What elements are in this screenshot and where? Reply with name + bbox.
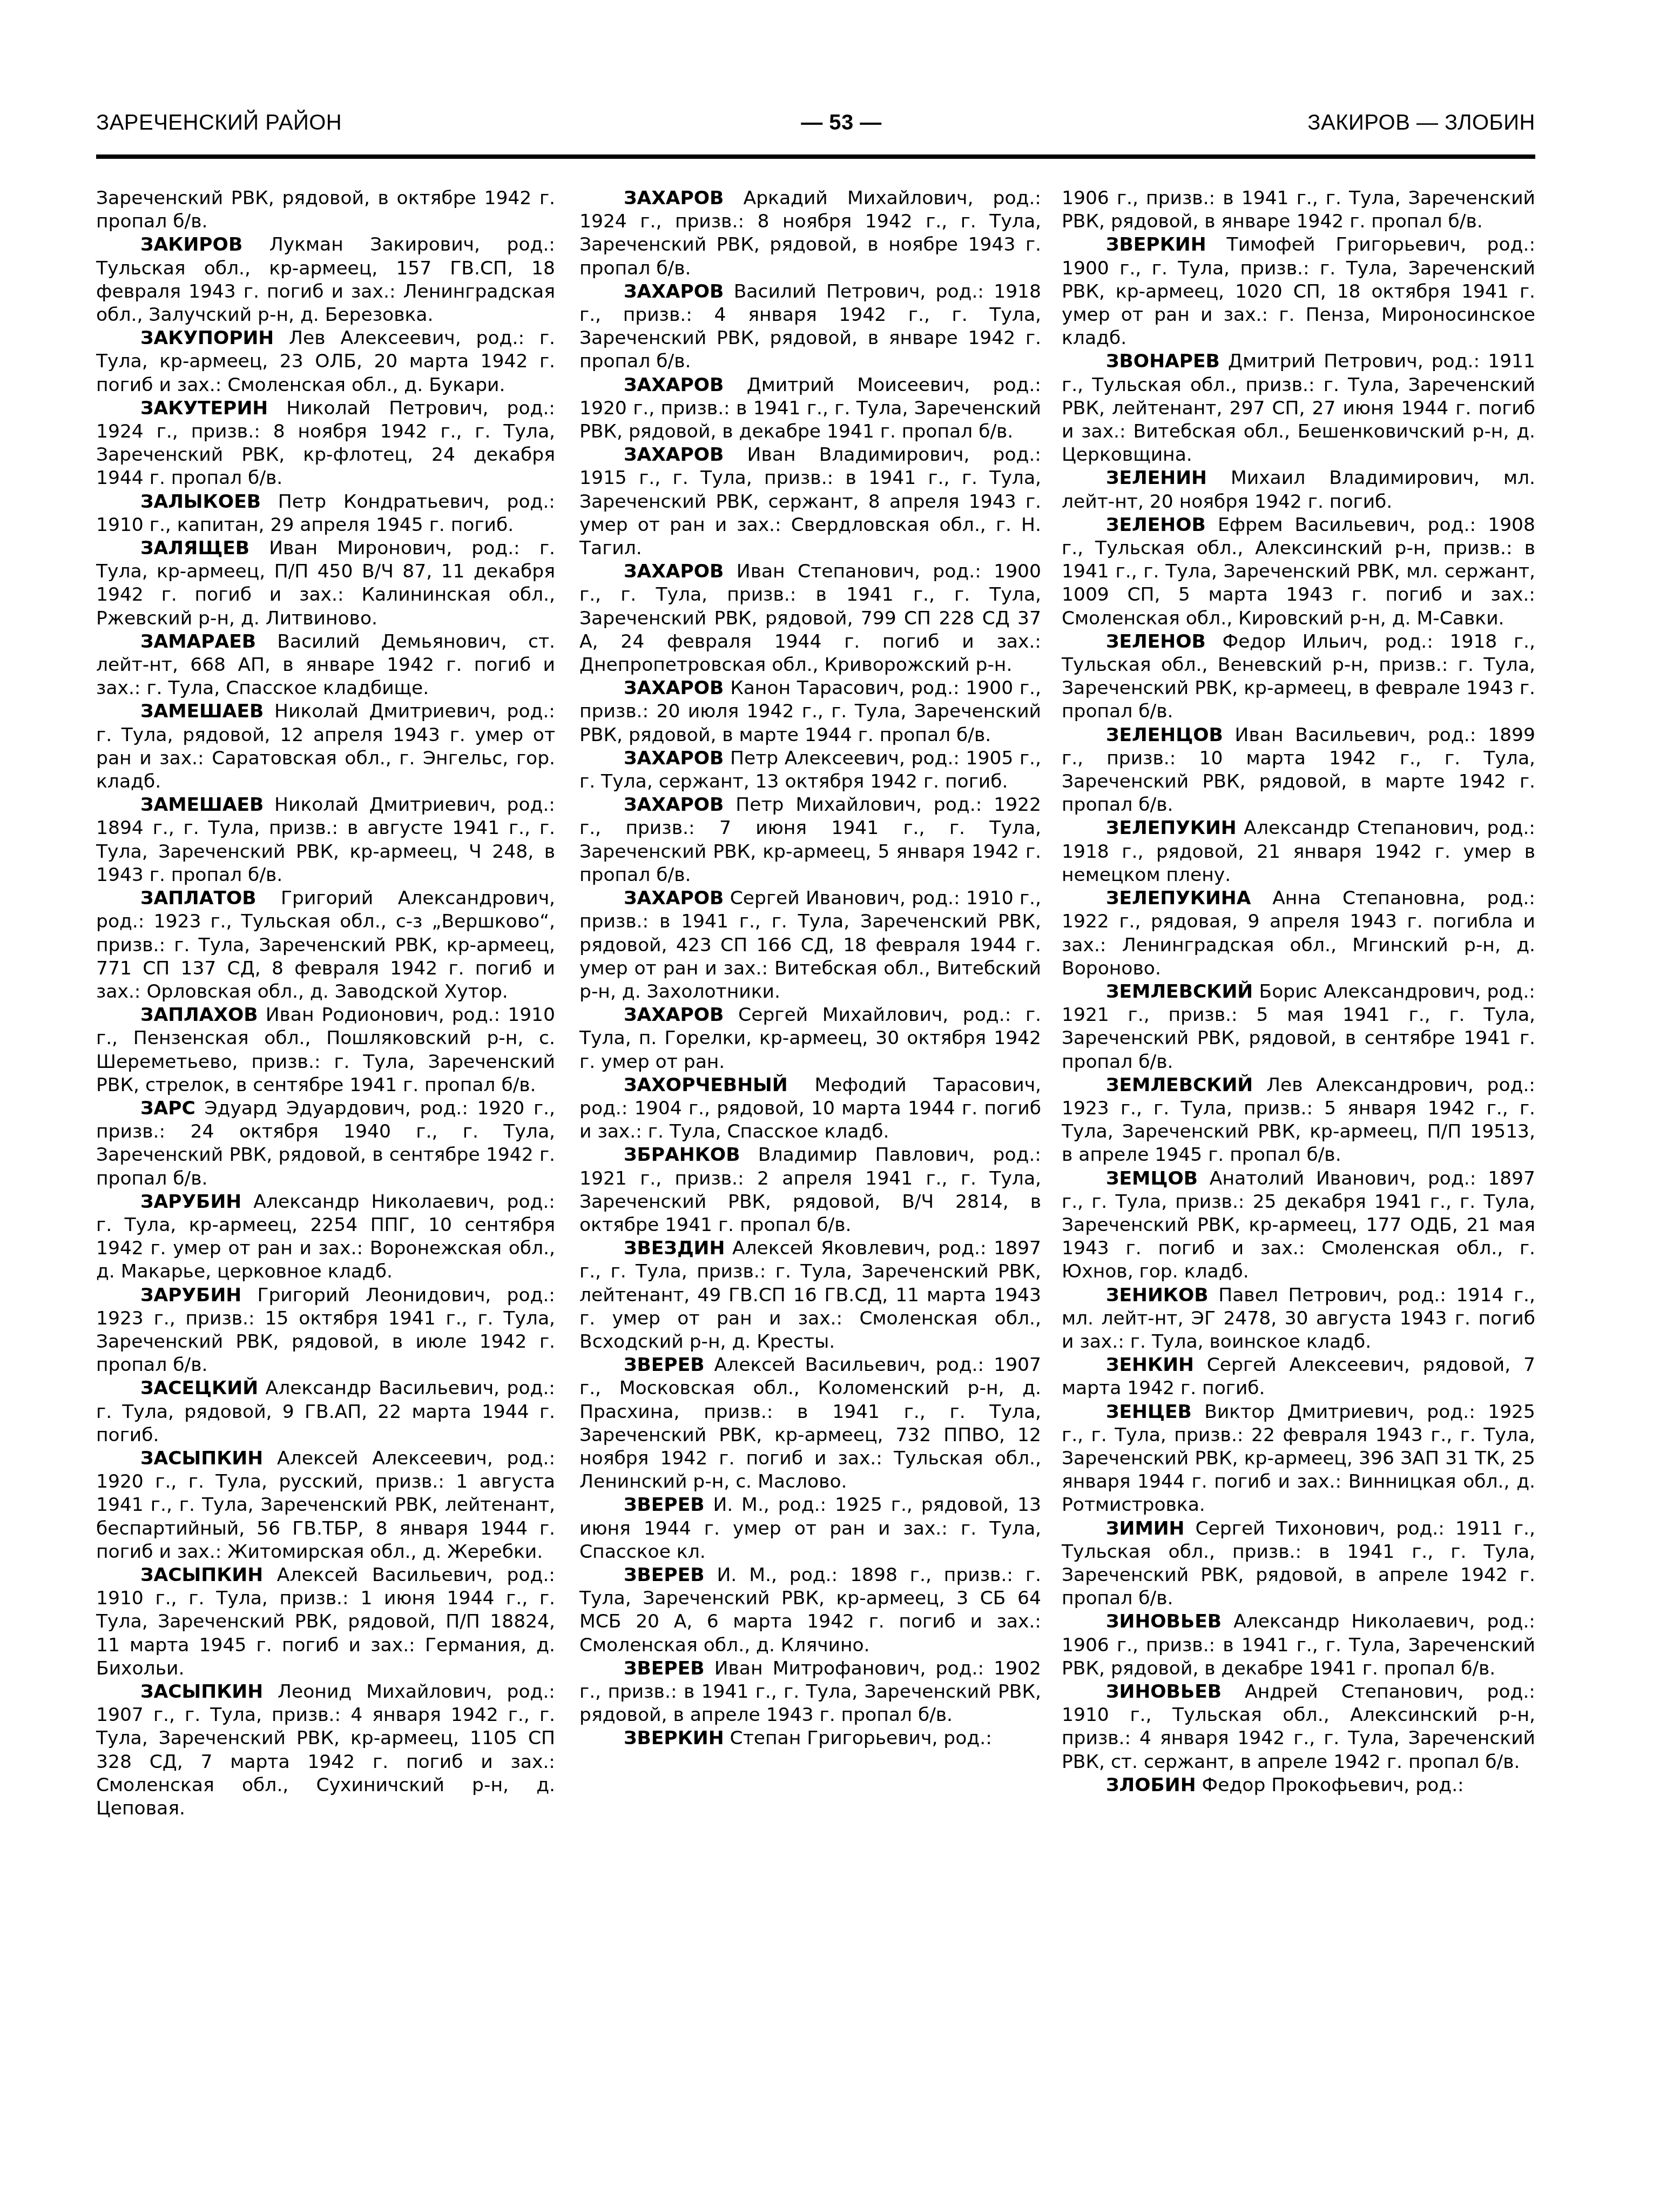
entry: ЗАХАРОВ Сергей Иванович, род.: 1910 г., … [579, 887, 1041, 1004]
entry: ЗВЕРЕВ Алексей Васильевич, род.: 1907 г.… [579, 1354, 1041, 1494]
entry: ЗАХАРОВ Василий Петрович, род.: 1918 г.,… [579, 280, 1041, 374]
entry: ЗАКУПОРИН Лев Алексеевич, род.: г. Тула,… [96, 327, 555, 397]
entry-surname: ЗВЕРЕВ [624, 1494, 705, 1516]
entry: ЗАПЛАХОВ Иван Родионович, род.: 1910 г.,… [96, 1004, 555, 1097]
entry-surname: ЗАПЛАХОВ [140, 1004, 258, 1026]
entry-surname: ЗВЕРЕВ [624, 1354, 705, 1376]
entry-surname: ЗАХАРОВ [624, 1004, 724, 1026]
entry-surname: ЗВЕРЕВ [624, 1564, 705, 1586]
entry-surname: ЗАРС [140, 1098, 195, 1119]
entry: ЗЛОБИН Федор Прокофьевич, род.: [1062, 1774, 1535, 1797]
entry-surname: ЗВЕРЕВ [624, 1658, 705, 1679]
entry-surname: ЗВОНАРЕВ [1106, 351, 1220, 372]
entry-surname: ЗЕЛЕНОВ [1106, 631, 1206, 653]
entry-text: 1906 г., призв.: в 1941 г., г. Тула, Зар… [1062, 187, 1535, 232]
section-title: ЗАРЕЧЕНСКИЙ РАЙОН [96, 111, 342, 135]
entry-surname: ЗЕНИКОВ [1106, 1285, 1209, 1306]
entry-surname: ЗЕЛЕПУКИН [1106, 817, 1237, 839]
entry-surname: ЗАХАРОВ [624, 187, 724, 209]
entry-surname: ЗАСЫПКИН [140, 1564, 263, 1586]
entry: ЗИНОВЬЕВ Андрей Степанович, род.: 1910 г… [1062, 1680, 1535, 1774]
entry: ЗИНОВЬЕВ Александр Николаевич, род.: 190… [1062, 1610, 1535, 1680]
entry: ЗАКУТЕРИН Николай Петрович, род.: 1924 г… [96, 397, 555, 490]
entry-surname: ЗАЛЯЩЕВ [140, 537, 249, 559]
entry-surname: ЗАМЕШАЕВ [140, 794, 264, 816]
entry: ЗАМАРАЕВ Василий Демьянович, ст. лейт-нт… [96, 630, 555, 701]
entry-surname: ЗАКУТЕРИН [140, 398, 268, 419]
entry-continuation: 1906 г., призв.: в 1941 г., г. Тула, Зар… [1062, 187, 1535, 233]
entry-continuation: Зареченский РВК, рядовой, в октябре 1942… [96, 187, 555, 233]
entry-surname: ЗАХАРОВ [624, 281, 724, 302]
entry-surname: ЗАРУБИН [140, 1191, 241, 1213]
entry: ЗАХАРОВ Дмитрий Моисеевич, род.: 1920 г.… [579, 374, 1041, 444]
entry: ЗАСЫПКИН Алексей Васильевич, род.: 1910 … [96, 1564, 555, 1680]
entry-surname: ЗАКИРОВ [140, 234, 242, 255]
entry: ЗЕМЛЕВСКИЙ Борис Александрович, род.: 19… [1062, 980, 1535, 1074]
entry-surname: ЗЕМЛЕВСКИЙ [1106, 1074, 1253, 1096]
column-2: ЗАХАРОВ Аркадий Михайлович, род.: 1924 г… [579, 187, 1041, 1751]
entry-surname: ЗАХАРОВ [624, 748, 724, 769]
entry: ЗЕНИКОВ Павел Петрович, род.: 1914 г., м… [1062, 1284, 1535, 1354]
entry: ЗЕЛЕНОВ Ефрем Васильевич, род.: 1908 г.,… [1062, 514, 1535, 630]
entry-surname: ЗЕНКИН [1106, 1354, 1194, 1376]
page-number: — 53 — [771, 111, 912, 135]
entry: ЗБРАНКОВ Владимир Павлович, род.: 1921 г… [579, 1144, 1041, 1237]
entry: ЗАХОРЧЕВНЫЙ Мефодий Тарасович, род.: 190… [579, 1074, 1041, 1144]
entry-surname: ЗЕЛЕНОВ [1106, 514, 1206, 536]
entry-surname: ЗВЕРКИН [624, 1727, 724, 1749]
entry: ЗАПЛАТОВ Григорий Александрович, род.: 1… [96, 887, 555, 1004]
entry: ЗВЕРЕВ И. М., род.: 1925 г., рядовой, 13… [579, 1494, 1041, 1564]
entry-surname: ЗАМЕШАЕВ [140, 701, 264, 722]
entry: ЗЕЛЕНОВ Федор Ильич, род.: 1918 г., Туль… [1062, 630, 1535, 724]
entry: ЗВЕРКИН Степан Григорьевич, род.: [579, 1727, 1041, 1750]
entry-text: Федор Прокофьевич, род.: [1196, 1774, 1464, 1796]
entry: ЗАХАРОВ Сергей Михайлович, род.: г. Тула… [579, 1004, 1041, 1074]
entry: ЗАЛЫКОЕВ Петр Кондратьевич, род.: 1910 г… [96, 490, 555, 537]
entry: ЗВЕРЕВ И. М., род.: 1898 г., призв.: г. … [579, 1564, 1041, 1657]
entry: ЗЕМЛЕВСКИЙ Лев Александрович, род.: 1923… [1062, 1074, 1535, 1167]
entry-range: ЗАКИРОВ — ЗЛОБИН [1307, 111, 1535, 135]
header-rule [96, 154, 1535, 159]
entry: ЗАМЕШАЕВ Николай Дмитриевич, род.: 1894 … [96, 793, 555, 887]
entry-surname: ЗАХАРОВ [624, 887, 724, 909]
entry-surname: ЗВЕЗДИН [624, 1238, 725, 1259]
entry-surname: ЗАСЫПКИН [140, 1681, 263, 1703]
entry-surname: ЗЛОБИН [1106, 1774, 1196, 1796]
entry-surname: ЗЕМЛЕВСКИЙ [1106, 981, 1253, 1003]
entry: ЗЕЛЕПУКИН Александр Степанович, род.: 19… [1062, 817, 1535, 887]
column-3: 1906 г., призв.: в 1941 г., г. Тула, Зар… [1062, 187, 1535, 1797]
entry-surname: ЗЕНЦЕВ [1106, 1401, 1192, 1423]
entry: ЗИМИН Сергей Тихонович, род.: 1911 г., Т… [1062, 1517, 1535, 1611]
entry-surname: ЗАМАРАЕВ [140, 631, 256, 653]
entry-surname: ЗАХАРОВ [624, 561, 724, 582]
book-page: ЗАРЕЧЕНСКИЙ РАЙОН — 53 — ЗАКИРОВ — ЗЛОБИ… [0, 0, 1680, 2199]
entry: ЗВЕРКИН Тимофей Григорьевич, род.: 1900 … [1062, 233, 1535, 350]
entry: ЗАХАРОВ Иван Владимирович, род.: 1915 г.… [579, 443, 1041, 560]
entry: ЗАЛЯЩЕВ Иван Миронович, род.: г. Тула, к… [96, 537, 555, 630]
entry: ЗЕЛЕПУКИНА Анна Степановна, род.: 1922 г… [1062, 887, 1535, 980]
entry-surname: ЗЕЛЕПУКИНА [1106, 887, 1251, 909]
entry: ЗАРУБИН Александр Николаевич, род.: г. Т… [96, 1191, 555, 1284]
entry: ЗАСЫПКИН Леонид Михайлович, род.: 1907 г… [96, 1680, 555, 1820]
entry-surname: ЗАРУБИН [140, 1285, 241, 1306]
column-1: Зареченский РВК, рядовой, в октябре 1942… [96, 187, 555, 1820]
entry: ЗЕЛЕНЦОВ Иван Васильевич, род.: 1899 г.,… [1062, 724, 1535, 817]
entry: ЗЕНКИН Сергей Алексеевич, рядовой, 7 мар… [1062, 1354, 1535, 1400]
entry-surname: ЗАЛЫКОЕВ [140, 491, 261, 513]
entry-surname: ЗАХАРОВ [624, 794, 724, 816]
entry: ЗВОНАРЕВ Дмитрий Петрович, род.: 1911 г.… [1062, 350, 1535, 467]
entry: ЗАСЕЦКИЙ Александр Васильевич, род.: г. … [96, 1377, 555, 1447]
entry: ЗАХАРОВ Петр Михайлович, род.: 1922 г., … [579, 793, 1041, 887]
entry: ЗВЕЗДИН Алексей Яковлевич, род.: 1897 г.… [579, 1237, 1041, 1354]
entry-text: Зареченский РВК, рядовой, в октябре 1942… [96, 187, 555, 232]
entry: ЗАРУБИН Григорий Леонидович, род.: 1923 … [96, 1284, 555, 1377]
entry-surname: ЗИНОВЬЕВ [1106, 1681, 1222, 1703]
entry-text: Степан Григорьевич, род.: [724, 1727, 992, 1749]
entry-surname: ЗЕЛЕНИН [1106, 467, 1207, 489]
entry: ЗАСЫПКИН Алексей Алексеевич, род.: 1920 … [96, 1447, 555, 1564]
entry: ЗВЕРЕВ Иван Митрофанович, род.: 1902 г.,… [579, 1657, 1041, 1727]
entry: ЗАКИРОВ Лукман Закирович, род.: Тульская… [96, 233, 555, 327]
entry-surname: ЗАХАРОВ [624, 444, 724, 466]
entry-surname: ЗБРАНКОВ [624, 1144, 740, 1166]
entry: ЗАХАРОВ Канон Тарасович, род.: 1900 г., … [579, 677, 1041, 747]
entry: ЗЕНЦЕВ Виктор Дмитриевич, род.: 1925 г.,… [1062, 1401, 1535, 1517]
entry-surname: ЗВЕРКИН [1106, 234, 1206, 255]
entry-surname: ЗАХАРОВ [624, 677, 724, 699]
entry-surname: ЗАХАРОВ [624, 374, 724, 396]
entry-surname: ЗАСЫПКИН [140, 1448, 263, 1469]
entry-surname: ЗАХОРЧЕВНЫЙ [624, 1074, 788, 1096]
entry: ЗАМЕШАЕВ Николай Дмитриевич, род.: г. Ту… [96, 700, 555, 793]
entry-surname: ЗАКУПОРИН [140, 327, 274, 349]
entry: ЗЕМЦОВ Анатолий Иванович, род.: 1897 г.,… [1062, 1167, 1535, 1284]
entry-surname: ЗИМИН [1106, 1518, 1184, 1539]
entry: ЗАХАРОВ Иван Степанович, род.: 1900 г., … [579, 560, 1041, 677]
entry-surname: ЗЕМЦОВ [1106, 1168, 1198, 1189]
entry-surname: ЗИНОВЬЕВ [1106, 1611, 1222, 1632]
entry: ЗЕЛЕНИН Михаил Владимирович, мл. лейт-нт… [1062, 467, 1535, 513]
entry: ЗАХАРОВ Петр Алексеевич, род.: 1905 г., … [579, 747, 1041, 793]
running-header: ЗАРЕЧЕНСКИЙ РАЙОН — 53 — ЗАКИРОВ — ЗЛОБИ… [96, 111, 1535, 143]
entry-surname: ЗЕЛЕНЦОВ [1106, 724, 1223, 746]
entry-surname: ЗАСЕЦКИЙ [140, 1377, 258, 1399]
entry: ЗАХАРОВ Аркадий Михайлович, род.: 1924 г… [579, 187, 1041, 280]
entry-surname: ЗАПЛАТОВ [140, 887, 257, 909]
entry: ЗАРС Эдуард Эдуардович, род.: 1920 г., п… [96, 1097, 555, 1191]
